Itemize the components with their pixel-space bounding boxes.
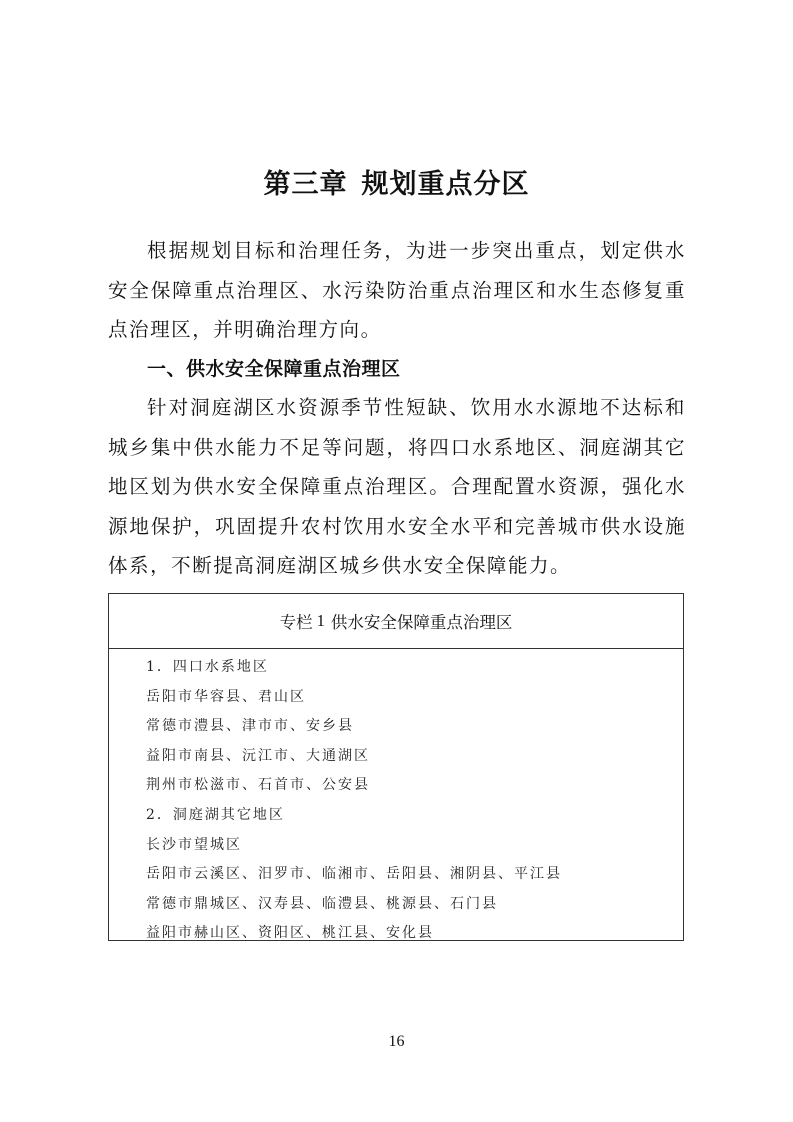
- group-heading: 1．四口水系地区: [146, 653, 683, 683]
- page-number: 16: [0, 1033, 793, 1051]
- group-heading: 2．洞庭湖其它地区: [146, 801, 683, 831]
- box-title: 专栏1供水安全保障重点治理区: [109, 594, 683, 649]
- list-item: 长沙市望城区: [146, 831, 683, 861]
- box-title-text: 供水安全保障重点治理区: [331, 609, 513, 633]
- list-item: 益阳市南县、沅江市、大通湖区: [146, 742, 683, 772]
- chapter-number: 第三章: [264, 169, 348, 200]
- chapter-name: 规划重点分区: [362, 169, 530, 200]
- intro-paragraph: 根据规划目标和治理任务，为进一步突出重点，划定供水安全保障重点治理区、水污染防治…: [108, 231, 686, 350]
- sidebar-box: 专栏1供水安全保障重点治理区 1．四口水系地区 岳阳市华容县、君山区 常德市澧县…: [108, 593, 684, 941]
- list-item: 荆州市松滋市、石首市、公安县: [146, 771, 683, 801]
- box-number: 1: [317, 611, 325, 631]
- list-item: 常德市澧县、津市市、安乡县: [146, 712, 683, 742]
- section-heading: 一、供水安全保障重点治理区: [147, 354, 401, 381]
- box-prefix: 专栏: [280, 609, 313, 633]
- chapter-title: 第三章规划重点分区: [0, 162, 793, 201]
- section-body-paragraph: 针对洞庭湖区水资源季节性短缺、饮用水水源地不达标和城乡集中供水能力不足等问题，将…: [108, 388, 686, 586]
- list-item: 岳阳市云溪区、汨罗市、临湘市、岳阳县、湘阴县、平江县: [146, 860, 683, 890]
- list-item: 岳阳市华容县、君山区: [146, 683, 683, 713]
- box-body: 1．四口水系地区 岳阳市华容县、君山区 常德市澧县、津市市、安乡县 益阳市南县、…: [109, 649, 683, 949]
- list-item: 益阳市赫山区、资阳区、桃江县、安化县: [146, 919, 683, 949]
- list-item: 常德市鼎城区、汉寿县、临澧县、桃源县、石门县: [146, 890, 683, 920]
